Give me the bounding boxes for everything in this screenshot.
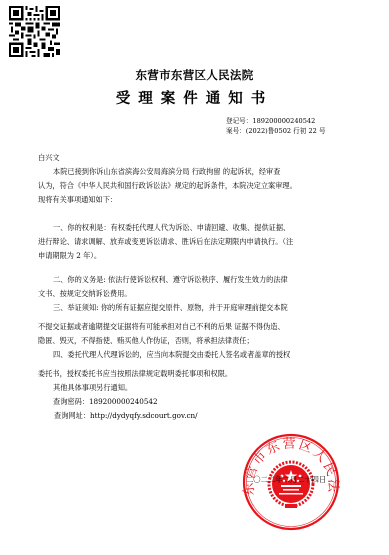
registration-number: 登记号：189200000240542 <box>226 116 315 126</box>
query-url-link[interactable]: http://dydyqfy.sdcourt.gov.cn/ <box>90 411 198 420</box>
body-line-7: 二、你的义务是: 依法行使诉讼权利、遵守诉讼秩序、履行发生效力的法律 <box>53 275 288 285</box>
query-password-value: 189200000240542 <box>89 397 158 406</box>
registration-value: 189200000240542 <box>252 117 315 125</box>
case-number: 案号：(2022)鲁0502 行初 22 号 <box>226 126 326 136</box>
body-line-8: 文书、按规定交纳诉讼费用。 <box>38 289 131 299</box>
body-line-11: 隐匿、毁灭，不得指使、贿买他人作伪证，否则，将承担法律责任； <box>38 336 254 346</box>
court-name: 东营市东营区人民法院 <box>0 67 389 83</box>
document-title: 受理案件通知书 <box>0 87 389 108</box>
addressee: 白兴文 <box>38 153 60 163</box>
body-line-12: 四、委托代理人代理诉讼的，应当向本院提交由委托人签名或者盖章的授权 <box>53 350 290 360</box>
issue-date: 二〇二二年二月二十四日 <box>246 475 326 485</box>
body-line-6: 申请期限为 2 年）。 <box>38 251 101 261</box>
body-line-10: 不提交证据或者逾期提交证据将有可能承担对自己不利的后果 证据不得伪造、 <box>38 322 285 332</box>
body-line-4: 一、你的权利是：有权委托代理人代为诉讼、申请回避、收集、提供证据、 <box>53 223 290 233</box>
body-line-9: 三、举证须知: 你的所有证据应提交原件、原物，并于开庭审理前提交本院 <box>53 303 288 313</box>
body-line-14: 其他具体事项另行通知。 <box>53 383 132 393</box>
case-number-value: (2022)鲁0502 行初 22 号 <box>246 127 326 135</box>
case-number-label: 案号： <box>226 127 246 135</box>
body-line-13: 委托书，授权委托书应当按照法律规定载明委托事项和权限。 <box>38 369 232 379</box>
registration-label: 登记号： <box>226 117 252 125</box>
query-url-label: 查询网址： <box>54 411 90 420</box>
query-password: 查询密码：189200000240542 <box>53 397 158 407</box>
qr-code-icon <box>9 6 60 57</box>
body-line-1: 本院已接到你诉山东省滨海公安局海滨分局 行政拘留 的起诉状，经审查 <box>53 167 280 177</box>
body-line-2: 认为，符合《中华人民共和国行政诉讼法》规定的起诉条件，本院决定立案审理。 <box>38 181 297 191</box>
query-password-label: 查询密码： <box>53 397 89 406</box>
query-url: 查询网址：http://dydyqfy.sdcourt.gov.cn/ <box>54 411 198 421</box>
body-line-5: 进行辩论、请求调解、放弃或变更诉讼请求、胜诉后在法定期限内申请执行。（注 <box>38 237 293 247</box>
body-line-3: 现将有关事项通知如下： <box>38 195 117 205</box>
